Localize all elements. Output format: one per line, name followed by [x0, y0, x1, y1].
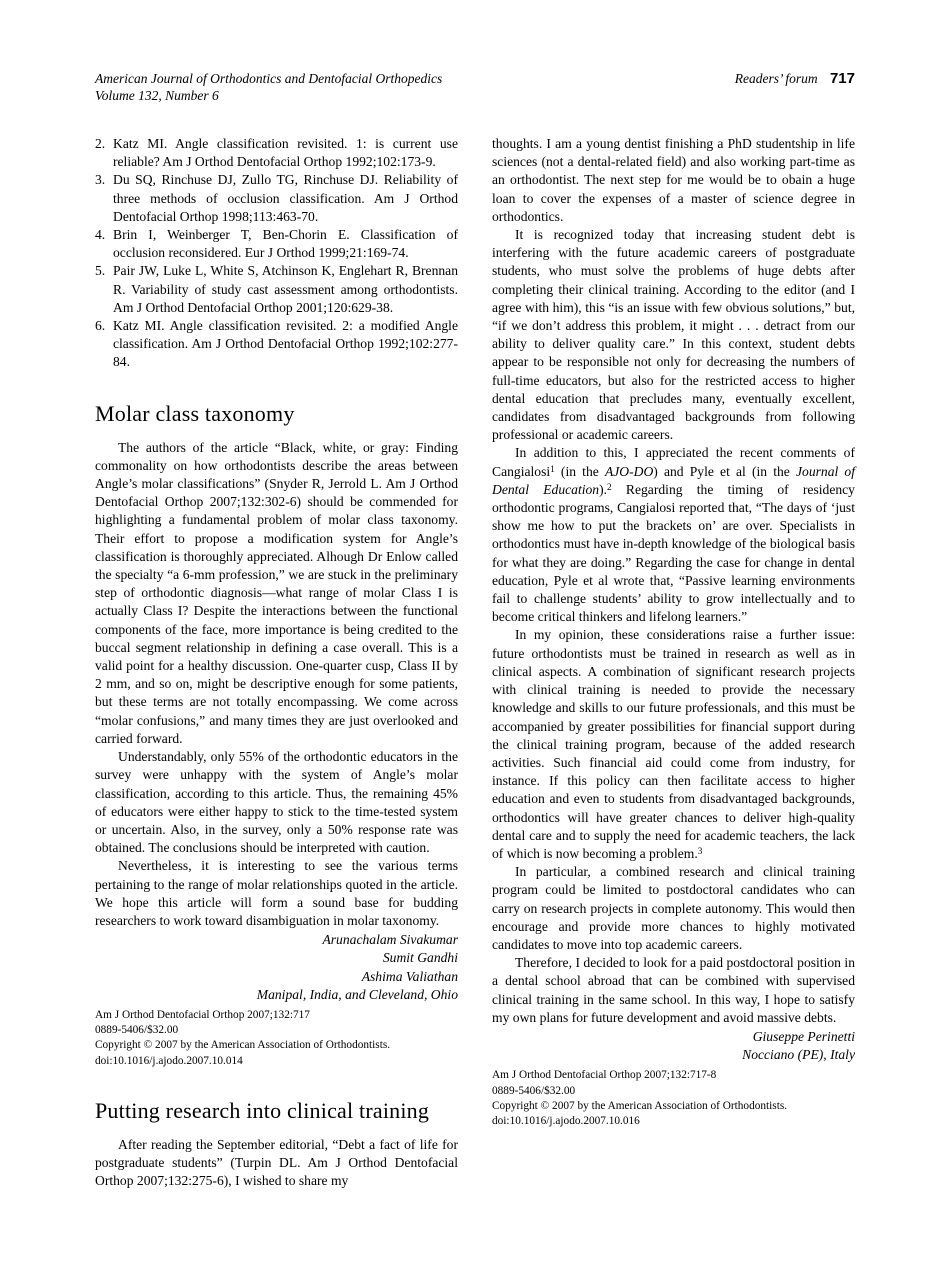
citation-copyright: Copyright © 2007 by the American Associa…: [492, 1099, 855, 1114]
letter2-paragraph: In my opinion, these considerations rais…: [492, 626, 855, 863]
reference-text: Du SQ, Rinchuse DJ, Zullo TG, Rinchuse D…: [113, 171, 458, 226]
two-column-body: 2. Katz MI. Angle classification revisit…: [95, 135, 855, 1190]
running-head-left: American Journal of Orthodontics and Den…: [95, 70, 442, 104]
letter1-title: Molar class taxonomy: [95, 401, 458, 427]
letter2-signature-block: Giuseppe Perinetti Nocciano (PE), Italy: [492, 1028, 855, 1064]
letter2-paragraph: After reading the September editorial, “…: [95, 1136, 458, 1191]
citation-issn: 0889-5406/$32.00: [95, 1023, 458, 1038]
citation-copyright: Copyright © 2007 by the American Associa…: [95, 1038, 458, 1053]
citation-journal: Am J Orthod Dentofacial Orthop 2007;132:…: [492, 1068, 855, 1083]
citation-journal: Am J Orthod Dentofacial Orthop 2007;132:…: [95, 1008, 458, 1023]
journal-page: American Journal of Orthodontics and Den…: [0, 0, 950, 1272]
reference-number: 4.: [95, 226, 113, 262]
reference-number: 6.: [95, 317, 113, 372]
reference-text: Katz MI. Angle classification revisited.…: [113, 135, 458, 171]
citation-doi: doi:10.1016/j.ajodo.2007.10.016: [492, 1114, 855, 1129]
page-number: 717: [830, 70, 855, 87]
reference-item: 4. Brin I, Weinberger T, Ben-Chorin E. C…: [95, 226, 458, 262]
letter1-citation-block: Am J Orthod Dentofacial Orthop 2007;132:…: [95, 1008, 458, 1069]
journal-title: American Journal of Orthodontics and Den…: [95, 70, 442, 87]
running-head: American Journal of Orthodontics and Den…: [95, 70, 855, 104]
reference-number: 5.: [95, 262, 113, 317]
right-column: thoughts. I am a young dentist finishing…: [492, 135, 855, 1190]
left-column: 2. Katz MI. Angle classification revisit…: [95, 135, 458, 1190]
journal-volume-line: Volume 132, Number 6: [95, 87, 442, 104]
reference-item: 2. Katz MI. Angle classification revisit…: [95, 135, 458, 171]
reference-item: 3. Du SQ, Rinchuse DJ, Zullo TG, Rinchus…: [95, 171, 458, 226]
signature-author: Arunachalam Sivakumar: [95, 931, 458, 949]
section-title: Readers’ forum: [735, 71, 818, 86]
letter1-paragraph: Understandably, only 55% of the orthodon…: [95, 748, 458, 857]
reference-text: Katz MI. Angle classification revisited.…: [113, 317, 458, 372]
reference-list: 2. Katz MI. Angle classification revisit…: [95, 135, 458, 372]
letter2-title: Putting research into clinical training: [95, 1098, 458, 1124]
reference-number: 3.: [95, 171, 113, 226]
letter1-paragraph: Nevertheless, it is interesting to see t…: [95, 857, 458, 930]
reference-number: 2.: [95, 135, 113, 171]
citation-issn: 0889-5406/$32.00: [492, 1084, 855, 1099]
letter2-paragraph: It is recognized today that increasing s…: [492, 226, 855, 444]
letter1-signature-block: Arunachalam Sivakumar Sumit Gandhi Ashim…: [95, 931, 458, 1004]
signature-author: Giuseppe Perinetti: [492, 1028, 855, 1046]
letter2-paragraph-continuation: thoughts. I am a young dentist finishing…: [492, 135, 855, 226]
reference-text: Pair JW, Luke L, White S, Atchinson K, E…: [113, 262, 458, 317]
citation-doi: doi:10.1016/j.ajodo.2007.10.014: [95, 1054, 458, 1069]
letter2-paragraph: Therefore, I decided to look for a paid …: [492, 954, 855, 1027]
signature-location: Manipal, India, and Cleveland, Ohio: [95, 986, 458, 1004]
reference-text: Brin I, Weinberger T, Ben-Chorin E. Clas…: [113, 226, 458, 262]
letter2-citation-block: Am J Orthod Dentofacial Orthop 2007;132:…: [492, 1068, 855, 1129]
letter2-paragraph: In addition to this, I appreciated the r…: [492, 444, 855, 626]
signature-location: Nocciano (PE), Italy: [492, 1046, 855, 1064]
signature-author: Sumit Gandhi: [95, 949, 458, 967]
running-head-right: Readers’ forum 717: [735, 70, 855, 87]
reference-item: 5. Pair JW, Luke L, White S, Atchinson K…: [95, 262, 458, 317]
letter1-paragraph: The authors of the article “Black, white…: [95, 439, 458, 748]
reference-item: 6. Katz MI. Angle classification revisit…: [95, 317, 458, 372]
letter2-paragraph: In particular, a combined research and c…: [492, 863, 855, 954]
signature-author: Ashima Valiathan: [95, 968, 458, 986]
